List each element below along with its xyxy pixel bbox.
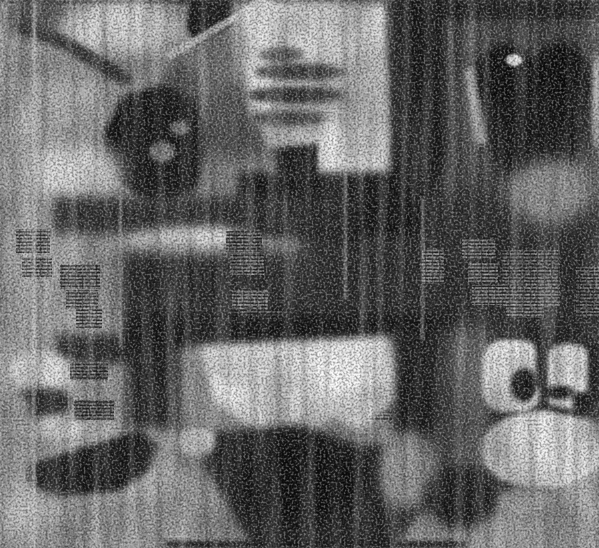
collage-svg — [0, 0, 599, 548]
grain-white-overlay — [0, 0, 599, 548]
photocopy-collage-image — [0, 0, 599, 548]
